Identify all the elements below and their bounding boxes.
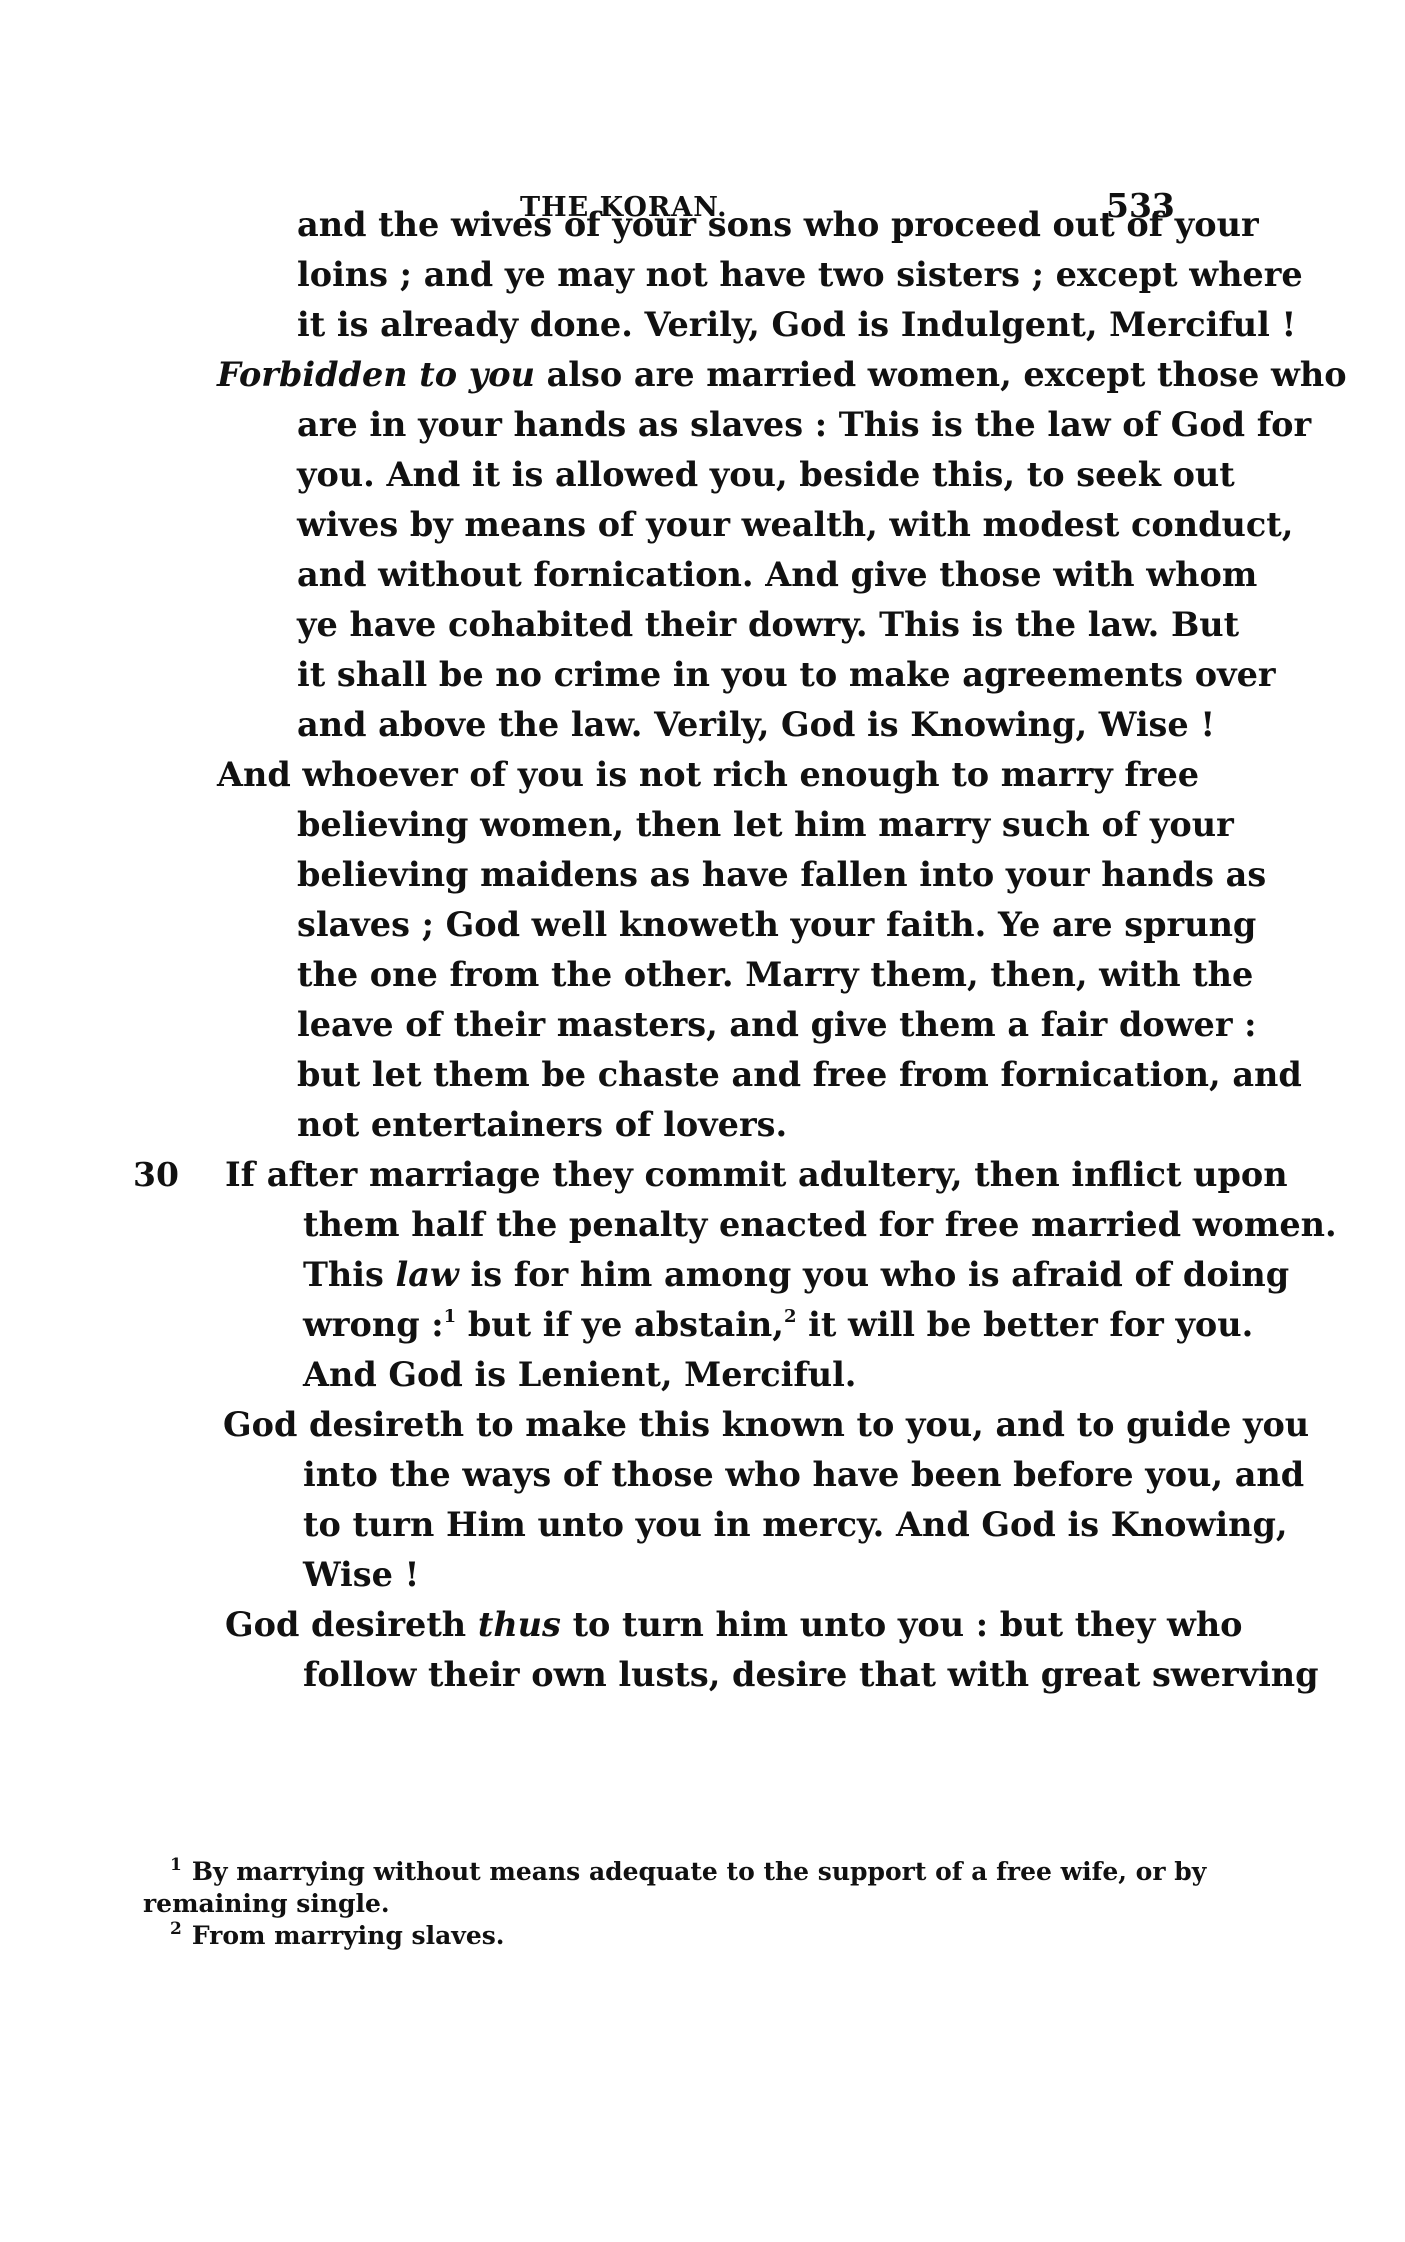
text-line: Forbidden to you also are married women,… [217, 350, 1175, 400]
text-line: God desireth thus to turn him unto you :… [225, 1600, 1175, 1650]
text-line: believing maidens as have fallen into yo… [297, 850, 1175, 900]
text-line: not entertainers of lovers. [297, 1100, 1175, 1150]
italic-lead: Forbidden to you [217, 355, 535, 394]
text-line: believing women, then let him marry such… [297, 800, 1175, 850]
italic-word: law [396, 1255, 459, 1294]
footnote-mark: 1 [170, 1855, 182, 1875]
text-line: wives by means of your wealth, with mode… [297, 500, 1175, 550]
text-line: If after marriage they commit adultery, … [225, 1150, 1175, 1200]
text-line: God desireth to make this known to you, … [223, 1400, 1175, 1450]
italic-word: thus [478, 1605, 561, 1644]
footnote-1: 1By marrying without means adequate to t… [170, 1855, 1170, 1889]
text-line: ye have cohabited their dowry. This is t… [297, 600, 1175, 650]
text-line: into the ways of those who have been bef… [303, 1450, 1175, 1500]
text-line: and above the law. Verily, God is Knowin… [297, 700, 1175, 750]
text-line: and the wives of your sons who proceed o… [297, 200, 1175, 250]
text-line: the one from the other. Marry them, then… [297, 950, 1175, 1000]
footnote-1-cont: remaining single. [143, 1887, 390, 1921]
footnote-ref-2[interactable]: 2 [784, 1306, 797, 1327]
text-line: follow their own lusts, desire that with… [303, 1650, 1175, 1700]
text-line: but let them be chaste and free from for… [297, 1050, 1175, 1100]
text-line: you. And it is allowed you, beside this,… [297, 450, 1175, 500]
text-line: slaves ; God well knoweth your faith. Ye… [297, 900, 1175, 950]
text-line: and without fornication. And give those … [297, 550, 1175, 600]
verse-number: 30 [133, 1150, 179, 1200]
text-line: to turn Him unto you in mercy. And God i… [303, 1500, 1175, 1550]
text-line: them half the penalty enacted for free m… [303, 1200, 1175, 1250]
text-line: This law is for him among you who is afr… [303, 1250, 1175, 1300]
text-line: it shall be no crime in you to make agre… [297, 650, 1175, 700]
footnote-ref-1[interactable]: 1 [444, 1306, 457, 1327]
text-line: loins ; and ye may not have two sisters … [297, 250, 1175, 300]
text-line: wrong :1 but if ye abstain,2 it will be … [303, 1300, 1175, 1350]
footnote-mark: 2 [170, 1919, 182, 1939]
text-line: Wise ! [303, 1550, 1175, 1600]
text-line: are in your hands as slaves : This is th… [297, 400, 1175, 450]
text-line: it is already done. Verily, God is Indul… [297, 300, 1175, 350]
text-line: leave of their masters, and give them a … [297, 1000, 1175, 1050]
text-line: And God is Lenient, Merciful. [303, 1350, 1175, 1400]
book-page: THE KORAN. 533 and the wives of your son… [0, 0, 1405, 2242]
text-line: And whoever of you is not rich enough to… [217, 750, 1175, 800]
footnote-2: 2From marrying slaves. [170, 1919, 505, 1953]
